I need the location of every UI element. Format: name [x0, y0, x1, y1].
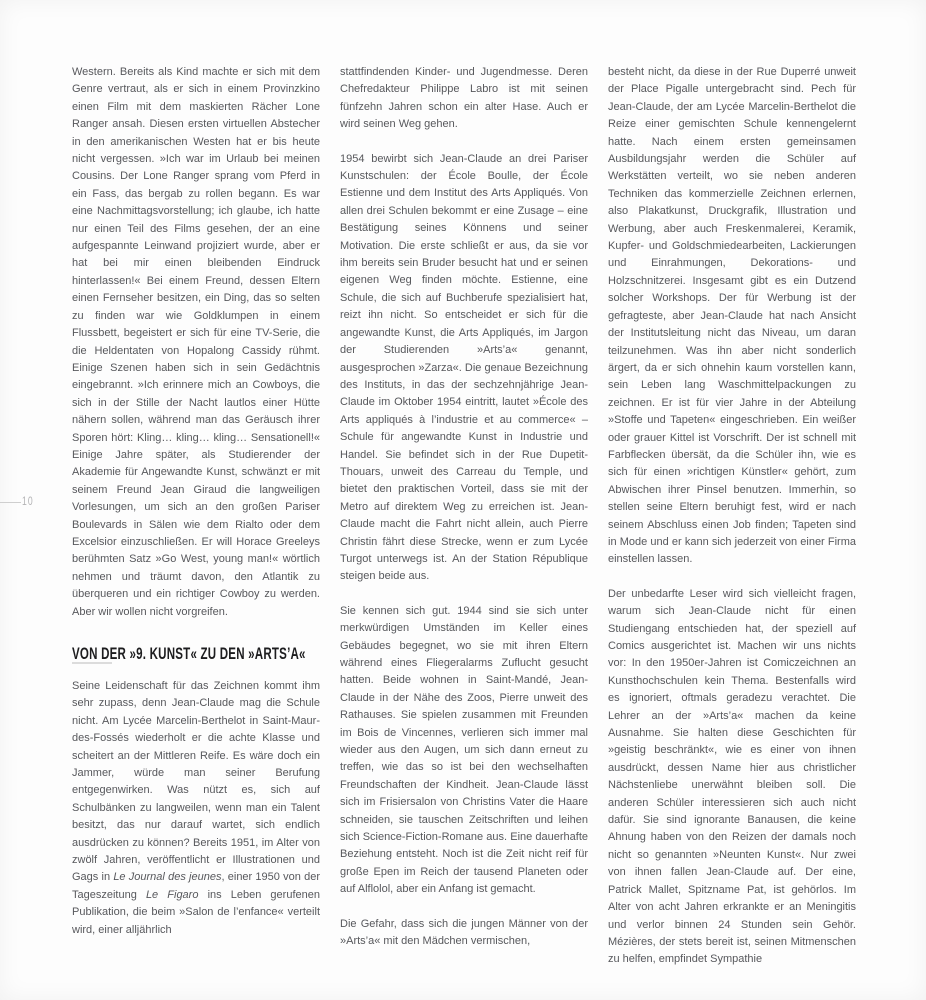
margin-rule: [0, 502, 21, 503]
paragraph: Seine Leidenschaft für das Zeichnen komm…: [72, 678, 320, 939]
page-number-block: 10: [0, 496, 38, 508]
paragraph: 1954 bewirbt sich Jean-Claude an drei Pa…: [340, 151, 588, 586]
text-columns: Western. Bereits als Kind machte er sich…: [72, 64, 856, 986]
paragraph: Der unbedarfte Leser wird sich vielleich…: [608, 586, 856, 969]
text-column-2: stattfindenden Kinder- und Jugendmesse. …: [340, 64, 588, 986]
text-column-1: Western. Bereits als Kind machte er sich…: [72, 64, 320, 986]
paragraph: Die Gefahr, dass sich die jungen Männer …: [340, 916, 588, 951]
paragraph: besteht nicht, da diese in der Rue Duper…: [608, 64, 856, 569]
section-heading: VON DER »9. KUNST« ZU DEN »ARTS’A«: [72, 638, 320, 656]
paragraph: Sie kennen sich gut. 1944 sind sie sich …: [340, 603, 588, 899]
book-page: 10 Western. Bereits als Kind machte er s…: [0, 0, 926, 1000]
paragraph: Western. Bereits als Kind machte er sich…: [72, 64, 320, 621]
page-number: 10: [22, 496, 34, 508]
text-column-3: besteht nicht, da diese in der Rue Duper…: [608, 64, 856, 986]
paragraph: stattfindenden Kinder- und Jugendmesse. …: [340, 64, 588, 134]
